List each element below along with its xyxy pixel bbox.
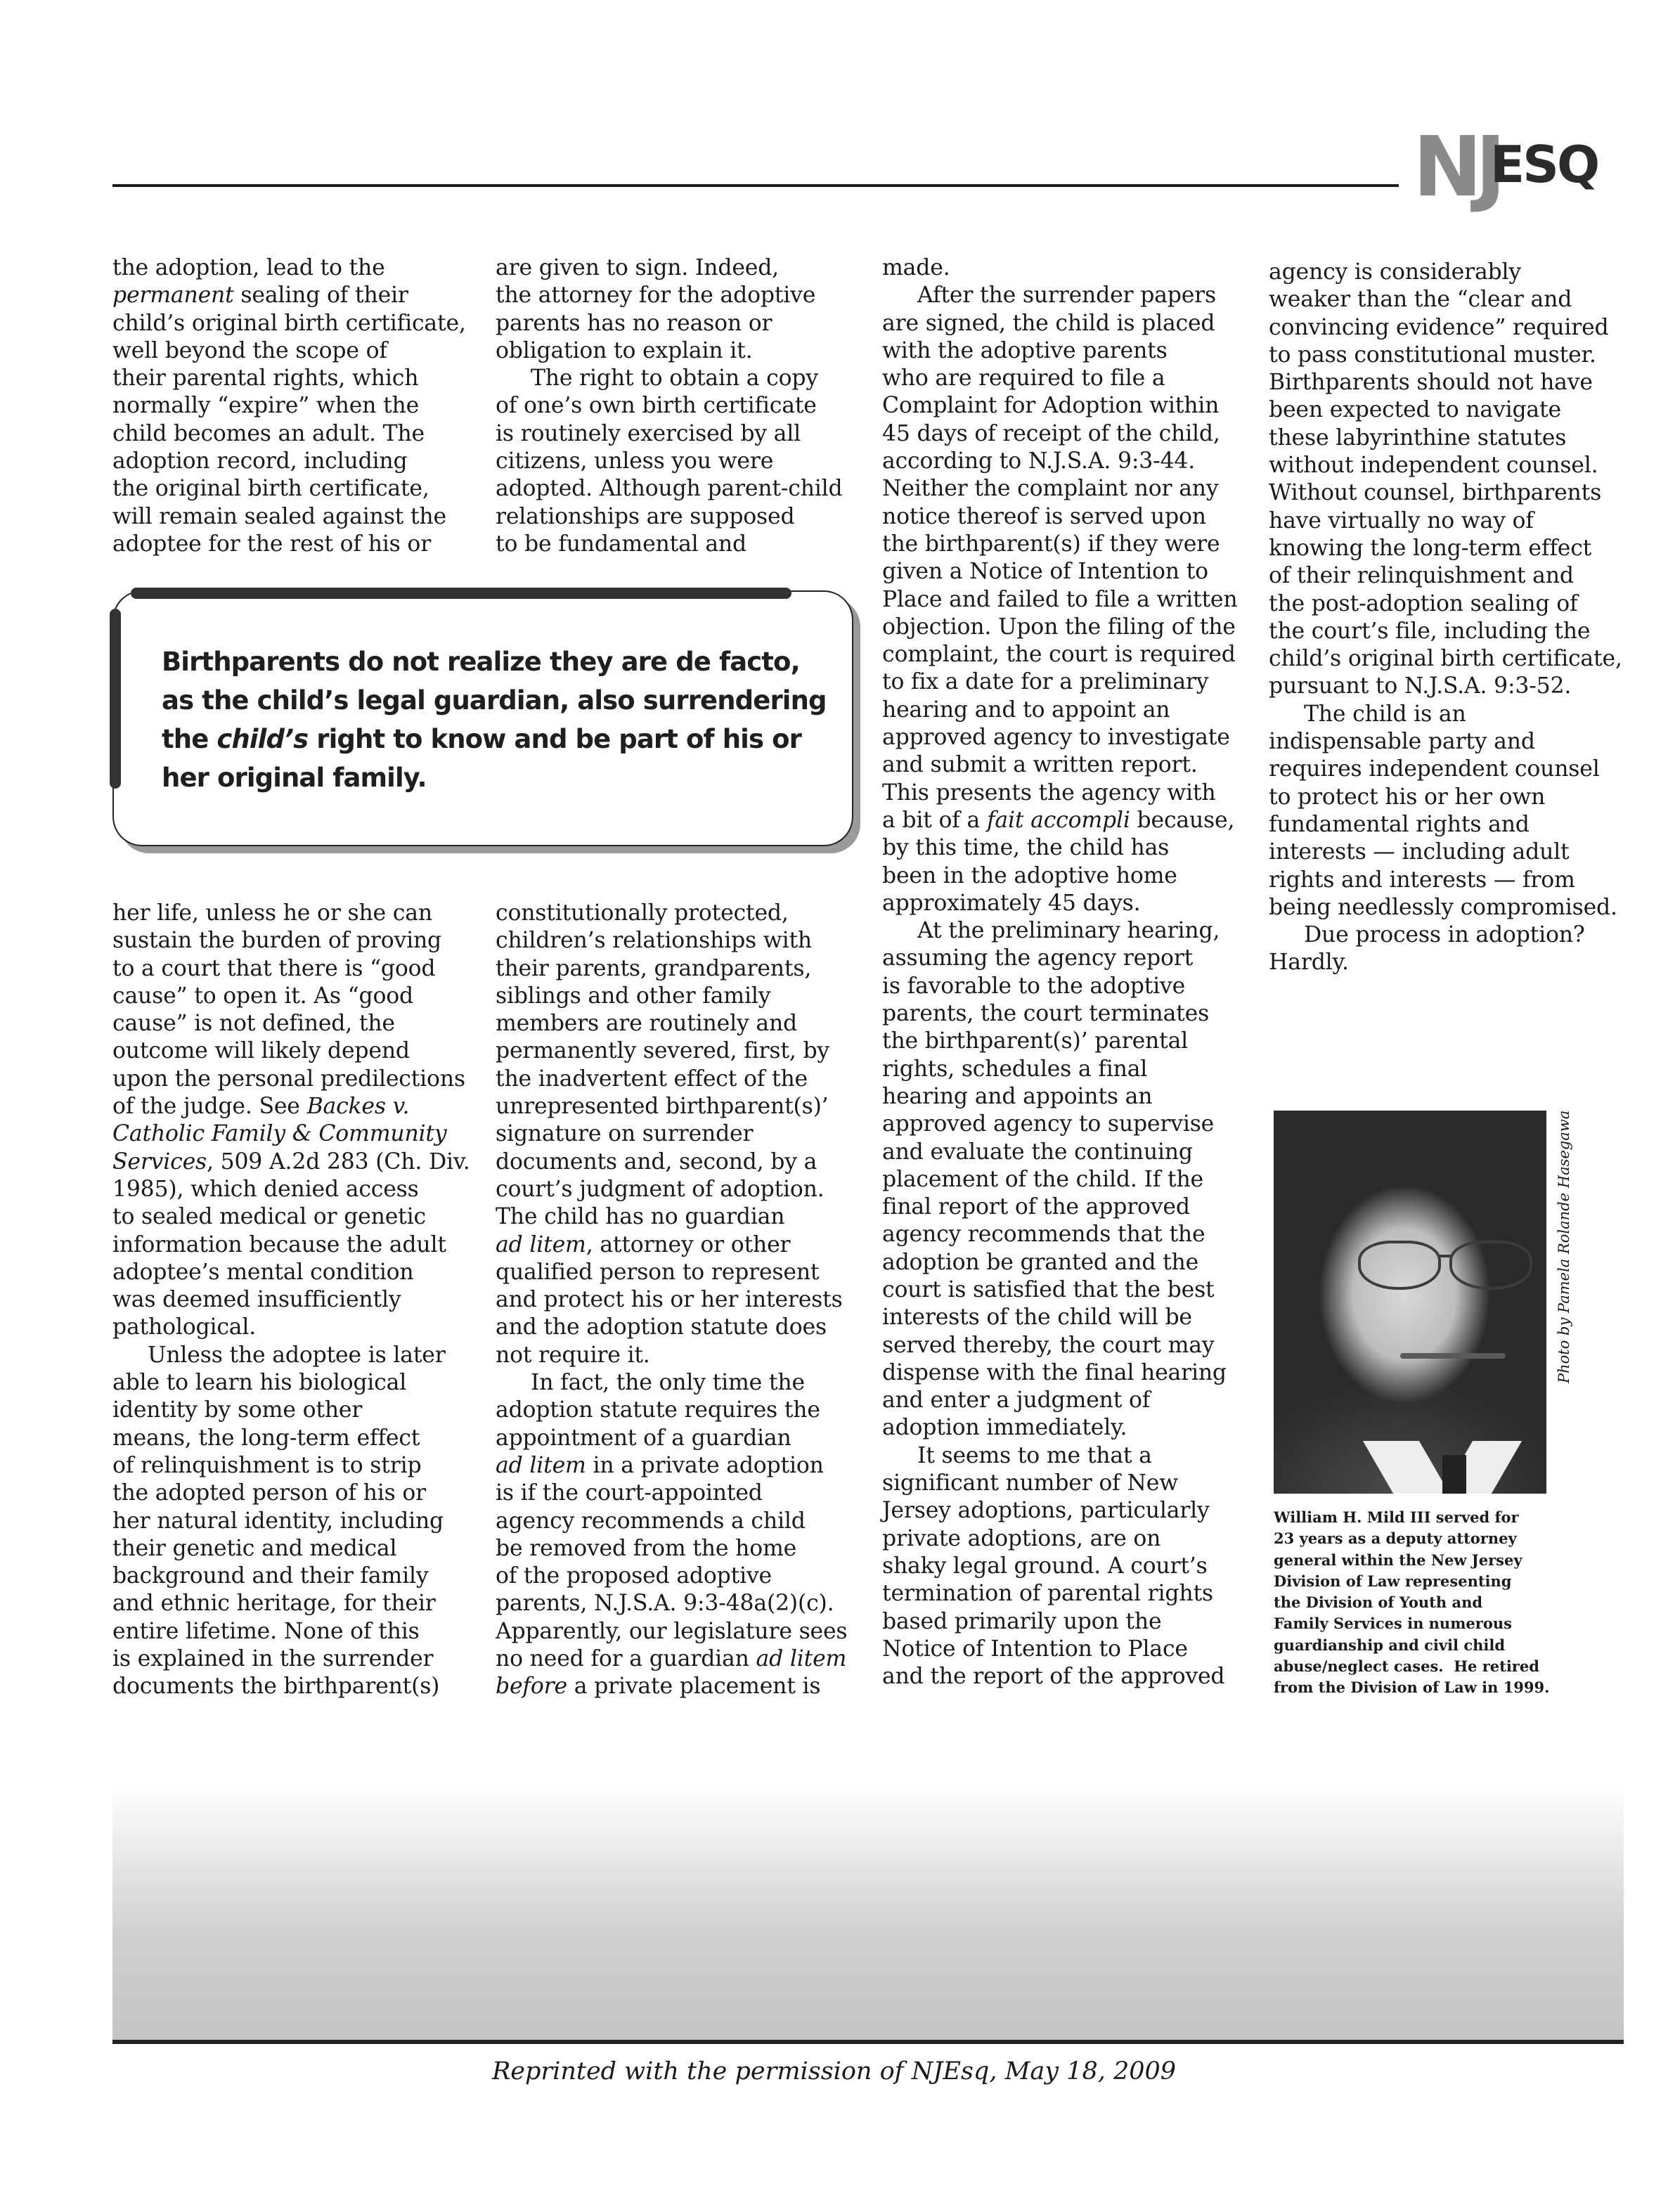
text-line: upon the personal predilections [112,1066,464,1093]
text-line: Catholic Family & Community [112,1120,464,1148]
glasses-lens-left [1358,1241,1441,1290]
text-line: pathological. [112,1314,464,1341]
text-line: placement of the child. If the [882,1166,1248,1194]
text-line: obligation to explain it. [496,337,847,365]
author-bio: William H. Mild III served for 23 years … [1274,1507,1583,1699]
text-line: adoption immediately. [882,1414,1248,1442]
text-line: members are routinely and [496,1010,847,1037]
text-line: by this time, the child has [882,834,1248,862]
text-line: documents and, second, by a [496,1149,847,1176]
text-line: It seems to me that a [882,1442,1248,1470]
text-line: 45 days of receipt of the child, [882,420,1248,448]
column-2-bottom: constitutionally protected,children’s re… [496,900,847,1701]
column-1-bottom: her life, unless he or she cansustain th… [112,900,464,1701]
column-4: agency is considerablyweaker than the “c… [1269,259,1620,977]
column-1-top: the adoption, lead to thepermanent seali… [112,254,464,558]
text-line: Apparently, our legislature sees [496,1618,847,1645]
text-line: unrepresented birthparent(s)’ [496,1093,847,1120]
text-line: assuming the agency report [882,945,1248,972]
text-line: Division of Law representing [1274,1572,1511,1590]
text-line: who are required to file a [882,365,1248,392]
text-line: cause” is not defined, the [112,1010,464,1037]
text-line: the attorney for the adoptive [496,282,847,309]
text-line: of the proposed adoptive [496,1563,847,1590]
text-line: Birthparents should not have [1269,369,1620,396]
text-line: termination of parental rights [882,1580,1248,1608]
pull-quote-accent-top [131,588,791,599]
text-line: served thereby, the court may [882,1332,1248,1359]
text-line: Hardly. [1269,949,1620,976]
text-line: Without counsel, birthparents [1269,479,1620,507]
text-line: as the child’s legal guardian, also surr… [162,685,827,716]
text-line: from the Division of Law in 1999. [1274,1679,1549,1696]
text-line: complaint, the court is required [882,641,1248,668]
text-line: outcome will likely depend [112,1037,464,1065]
text-line: to fix a date for a preliminary [882,668,1248,696]
text-line: with the adoptive parents [882,337,1248,365]
text-line: a bit of a fait accompli because, [882,807,1248,834]
text-line: adoptee’s mental condition [112,1259,464,1286]
text-line: Complaint for Adoption within [882,392,1248,420]
reprint-credit: Reprinted with the permission of NJEsq, … [0,2054,1668,2089]
text-line: final report of the approved [882,1194,1248,1221]
text-line: approved agency to supervise [882,1111,1248,1138]
text-line: signature on surrender [496,1120,847,1148]
text-line: the adopted person of his or [112,1480,464,1507]
text-line: be removed from the home [496,1535,847,1563]
text-line: ad litem, attorney or other [496,1231,847,1259]
text-line: the birthparent(s)’ parental [882,1028,1248,1055]
text-line: 1985), which denied access [112,1176,464,1203]
text-line: relationships are supposed [496,503,847,531]
text-line: been expected to navigate [1269,396,1620,424]
text-line: not require it. [496,1342,847,1369]
text-line: objection. Upon the filing of the [882,614,1248,641]
pull-quote-accent-left [110,609,121,789]
njesq-logo: NJ ESQ [1413,125,1624,216]
text-line: children’s relationships with [496,927,847,955]
text-line: are given to sign. Indeed, [496,254,847,282]
text-line: The right to obtain a copy [496,365,847,392]
text-line: these labyrinthine statutes [1269,425,1620,452]
text-line: pursuant to N.J.S.A. 9:3-52. [1269,673,1620,700]
text-line: parents, the court terminates [882,1000,1248,1028]
text-line: parents has no reason or [496,310,847,337]
text-line: child becomes an adult. The [112,420,464,448]
text-line: to a court that there is “good [112,955,464,983]
text-line: documents the birthparent(s) [112,1673,464,1700]
column-2-top: are given to sign. Indeed,the attorney f… [496,254,847,558]
text-line: and the adoption statute does [496,1314,847,1341]
text-line: Place and failed to file a written [882,586,1248,614]
text-line: requires independent counsel [1269,756,1620,783]
text-line: and protect his or her interests [496,1286,847,1314]
text-line: interests of the child will be [882,1304,1248,1331]
text-line: court is satisfied that the best [882,1276,1248,1304]
text-line: interests — including adult [1269,839,1620,866]
text-line: been in the adoptive home [882,862,1248,890]
text-line: Services, 509 A.2d 283 (Ch. Div. [112,1149,464,1176]
text-line: the adoption, lead to the [112,254,464,282]
text-line: Jersey adoptions, particularly [882,1497,1248,1525]
text-line: rights, schedules a final [882,1056,1248,1083]
text-line: are signed, the child is placed [882,310,1248,337]
text-line: constitutionally protected, [496,900,847,927]
text-line: and evaluate the continuing [882,1139,1248,1166]
text-line: At the preliminary hearing, [882,917,1248,945]
text-line: hearing and appoints an [882,1083,1248,1111]
text-line: well beyond the scope of [112,337,464,365]
text-line: adopted. Although parent-child [496,475,847,503]
text-line: is explained in the surrender [112,1645,464,1673]
text-line: agency is considerably [1269,259,1620,286]
text-line: and the report of the approved [882,1663,1248,1690]
text-line: adoption record, including [112,448,464,475]
text-line: weaker than the “clear and [1269,286,1620,313]
collar-left [1363,1441,1452,1494]
text-line: approximately 45 days. [882,890,1248,917]
text-line: fundamental rights and [1269,811,1620,839]
text-line: is favorable to the adoptive [882,973,1248,1000]
text-line: their parents, grandparents, [496,955,847,983]
text-line: will remain sealed against the [112,503,464,531]
text-line: the original birth certificate, [112,475,464,503]
text-line: agency recommends a child [496,1508,847,1535]
text-line: After the surrender papers [882,282,1248,309]
text-line: the court’s file, including the [1269,618,1620,645]
column-3: made.After the surrender papersare signe… [882,254,1248,1690]
text-line: notice thereof is served upon [882,503,1248,531]
text-line: approved agency to investigate [882,724,1248,751]
pull-quote-text: Birthparents do not realize they are de … [162,642,836,797]
text-line: of relinquishment is to strip [112,1452,464,1480]
text-line: rights and interests — from [1269,867,1620,894]
text-line: parents, N.J.S.A. 9:3-48a(2)(c). [496,1590,847,1617]
text-line: information because the adult [112,1231,464,1259]
text-line: Notice of Intention to Place [882,1636,1248,1663]
text-line: appointment of a guardian [496,1425,847,1452]
text-line: the child’s right to know and be part of… [162,724,801,754]
pull-quote-box: Birthparents do not realize they are de … [112,590,853,846]
text-line: Unless the adoptee is later [112,1342,464,1369]
text-line: entire lifetime. None of this [112,1618,464,1645]
text-line: permanently severed, first, by [496,1037,847,1065]
text-line: shaky legal ground. A court’s [882,1553,1248,1580]
text-line: This presents the agency with [882,780,1248,807]
text-line: child’s original birth certificate, [1269,645,1620,673]
text-line: to protect his or her own [1269,784,1620,811]
text-line: child’s original birth certificate, [112,310,464,337]
text-line: and submit a written report. [882,751,1248,779]
mouth [1400,1353,1506,1359]
text-line: made. [882,254,1248,282]
text-line: agency recommends that the [882,1221,1248,1248]
text-line: her natural identity, including [112,1508,464,1535]
text-line: of their relinquishment and [1269,562,1620,590]
text-line: abuse/neglect cases. He retired [1274,1657,1539,1675]
text-line: their parental rights, which [112,365,464,392]
text-line: Birthparents do not realize they are de … [162,647,800,677]
text-line: without independent counsel. [1269,452,1620,479]
text-line: the inadvertent effect of the [496,1066,847,1093]
text-line: given a Notice of Intention to [882,558,1248,586]
text-line: adoptee for the rest of his or [112,531,464,558]
text-line: identity by some other [112,1397,464,1424]
text-line: background and their family [112,1563,464,1590]
text-line: 23 years as a deputy attorney [1274,1529,1517,1547]
text-line: sustain the burden of proving [112,927,464,955]
text-line: was deemed insufficiently [112,1286,464,1314]
glasses-lens-right [1449,1241,1532,1290]
text-line: to be fundamental and [496,531,847,558]
text-line: siblings and other family [496,983,847,1010]
text-line: knowing the long-term effect [1269,535,1620,562]
text-line: to pass constitutional muster. [1269,342,1620,369]
text-line: William H. Mild III served for [1274,1508,1519,1526]
text-line: citizens, unless you were [496,448,847,475]
text-line: her life, unless he or she can [112,900,464,927]
text-line: adoption be granted and the [882,1249,1248,1276]
text-line: according to N.J.S.A. 9:3-44. [882,448,1248,475]
text-line: convincing evidence” required [1269,314,1620,342]
text-line: is if the court-appointed [496,1480,847,1507]
text-line: have virtually no way of [1269,507,1620,535]
tie [1442,1455,1466,1494]
text-line: no need for a guardian ad litem [496,1645,847,1673]
text-line: guardianship and civil child [1274,1636,1505,1654]
text-line: her original family. [162,763,427,793]
text-line: The child is an [1269,701,1620,728]
text-line: Family Services in numerous [1274,1615,1512,1632]
text-line: and ethnic heritage, for their [112,1590,464,1617]
text-line: Neither the complaint nor any [882,475,1248,503]
text-line: and enter a judgment of [882,1387,1248,1414]
author-photo [1274,1111,1546,1494]
text-line: Due process in adoption? [1269,921,1620,949]
text-line: adoption statute requires the [496,1397,847,1424]
text-line: significant number of New [882,1470,1248,1497]
text-line: to sealed medical or genetic [112,1203,464,1231]
text-line: In fact, the only time the [496,1369,847,1397]
text-line: is routinely exercised by all [496,420,847,448]
text-line: means, the long-term effect [112,1425,464,1452]
text-line: dispense with the final hearing [882,1359,1248,1387]
text-line: court’s judgment of adoption. [496,1176,847,1203]
text-line: cause” to open it. As “good [112,983,464,1010]
text-line: private adoptions, are on [882,1525,1248,1553]
text-line: normally “expire” when the [112,392,464,420]
text-line: before a private placement is [496,1673,847,1700]
logo-nj: NJ [1413,125,1499,208]
text-line: indispensable party and [1269,728,1620,756]
footer-gray-band [112,1785,1624,2042]
logo-esq: ESQ [1490,139,1598,190]
text-line: the Division of Youth and [1274,1593,1482,1611]
footer-rule [112,2040,1624,2044]
text-line: being needlessly compromised. [1269,894,1620,921]
header-rule [112,184,1399,187]
text-line: the birthparent(s) if they were [882,531,1248,558]
text-line: the post-adoption sealing of [1269,590,1620,618]
text-line: The child has no guardian [496,1203,847,1231]
text-line: able to learn his biological [112,1369,464,1397]
text-line: hearing and to appoint an [882,697,1248,724]
photo-credit: Photo by Pamela Rolande Hasegawa [1553,1111,1575,1392]
text-line: permanent sealing of their [112,282,464,309]
text-line: general within the New Jersey [1274,1551,1522,1569]
text-line: based primarily upon the [882,1608,1248,1636]
text-line: of one’s own birth certificate [496,392,847,420]
text-line: of the judge. See Backes v. [112,1093,464,1120]
text-line: ad litem in a private adoption [496,1452,847,1480]
text-line: qualified person to represent [496,1259,847,1286]
text-line: their genetic and medical [112,1535,464,1563]
